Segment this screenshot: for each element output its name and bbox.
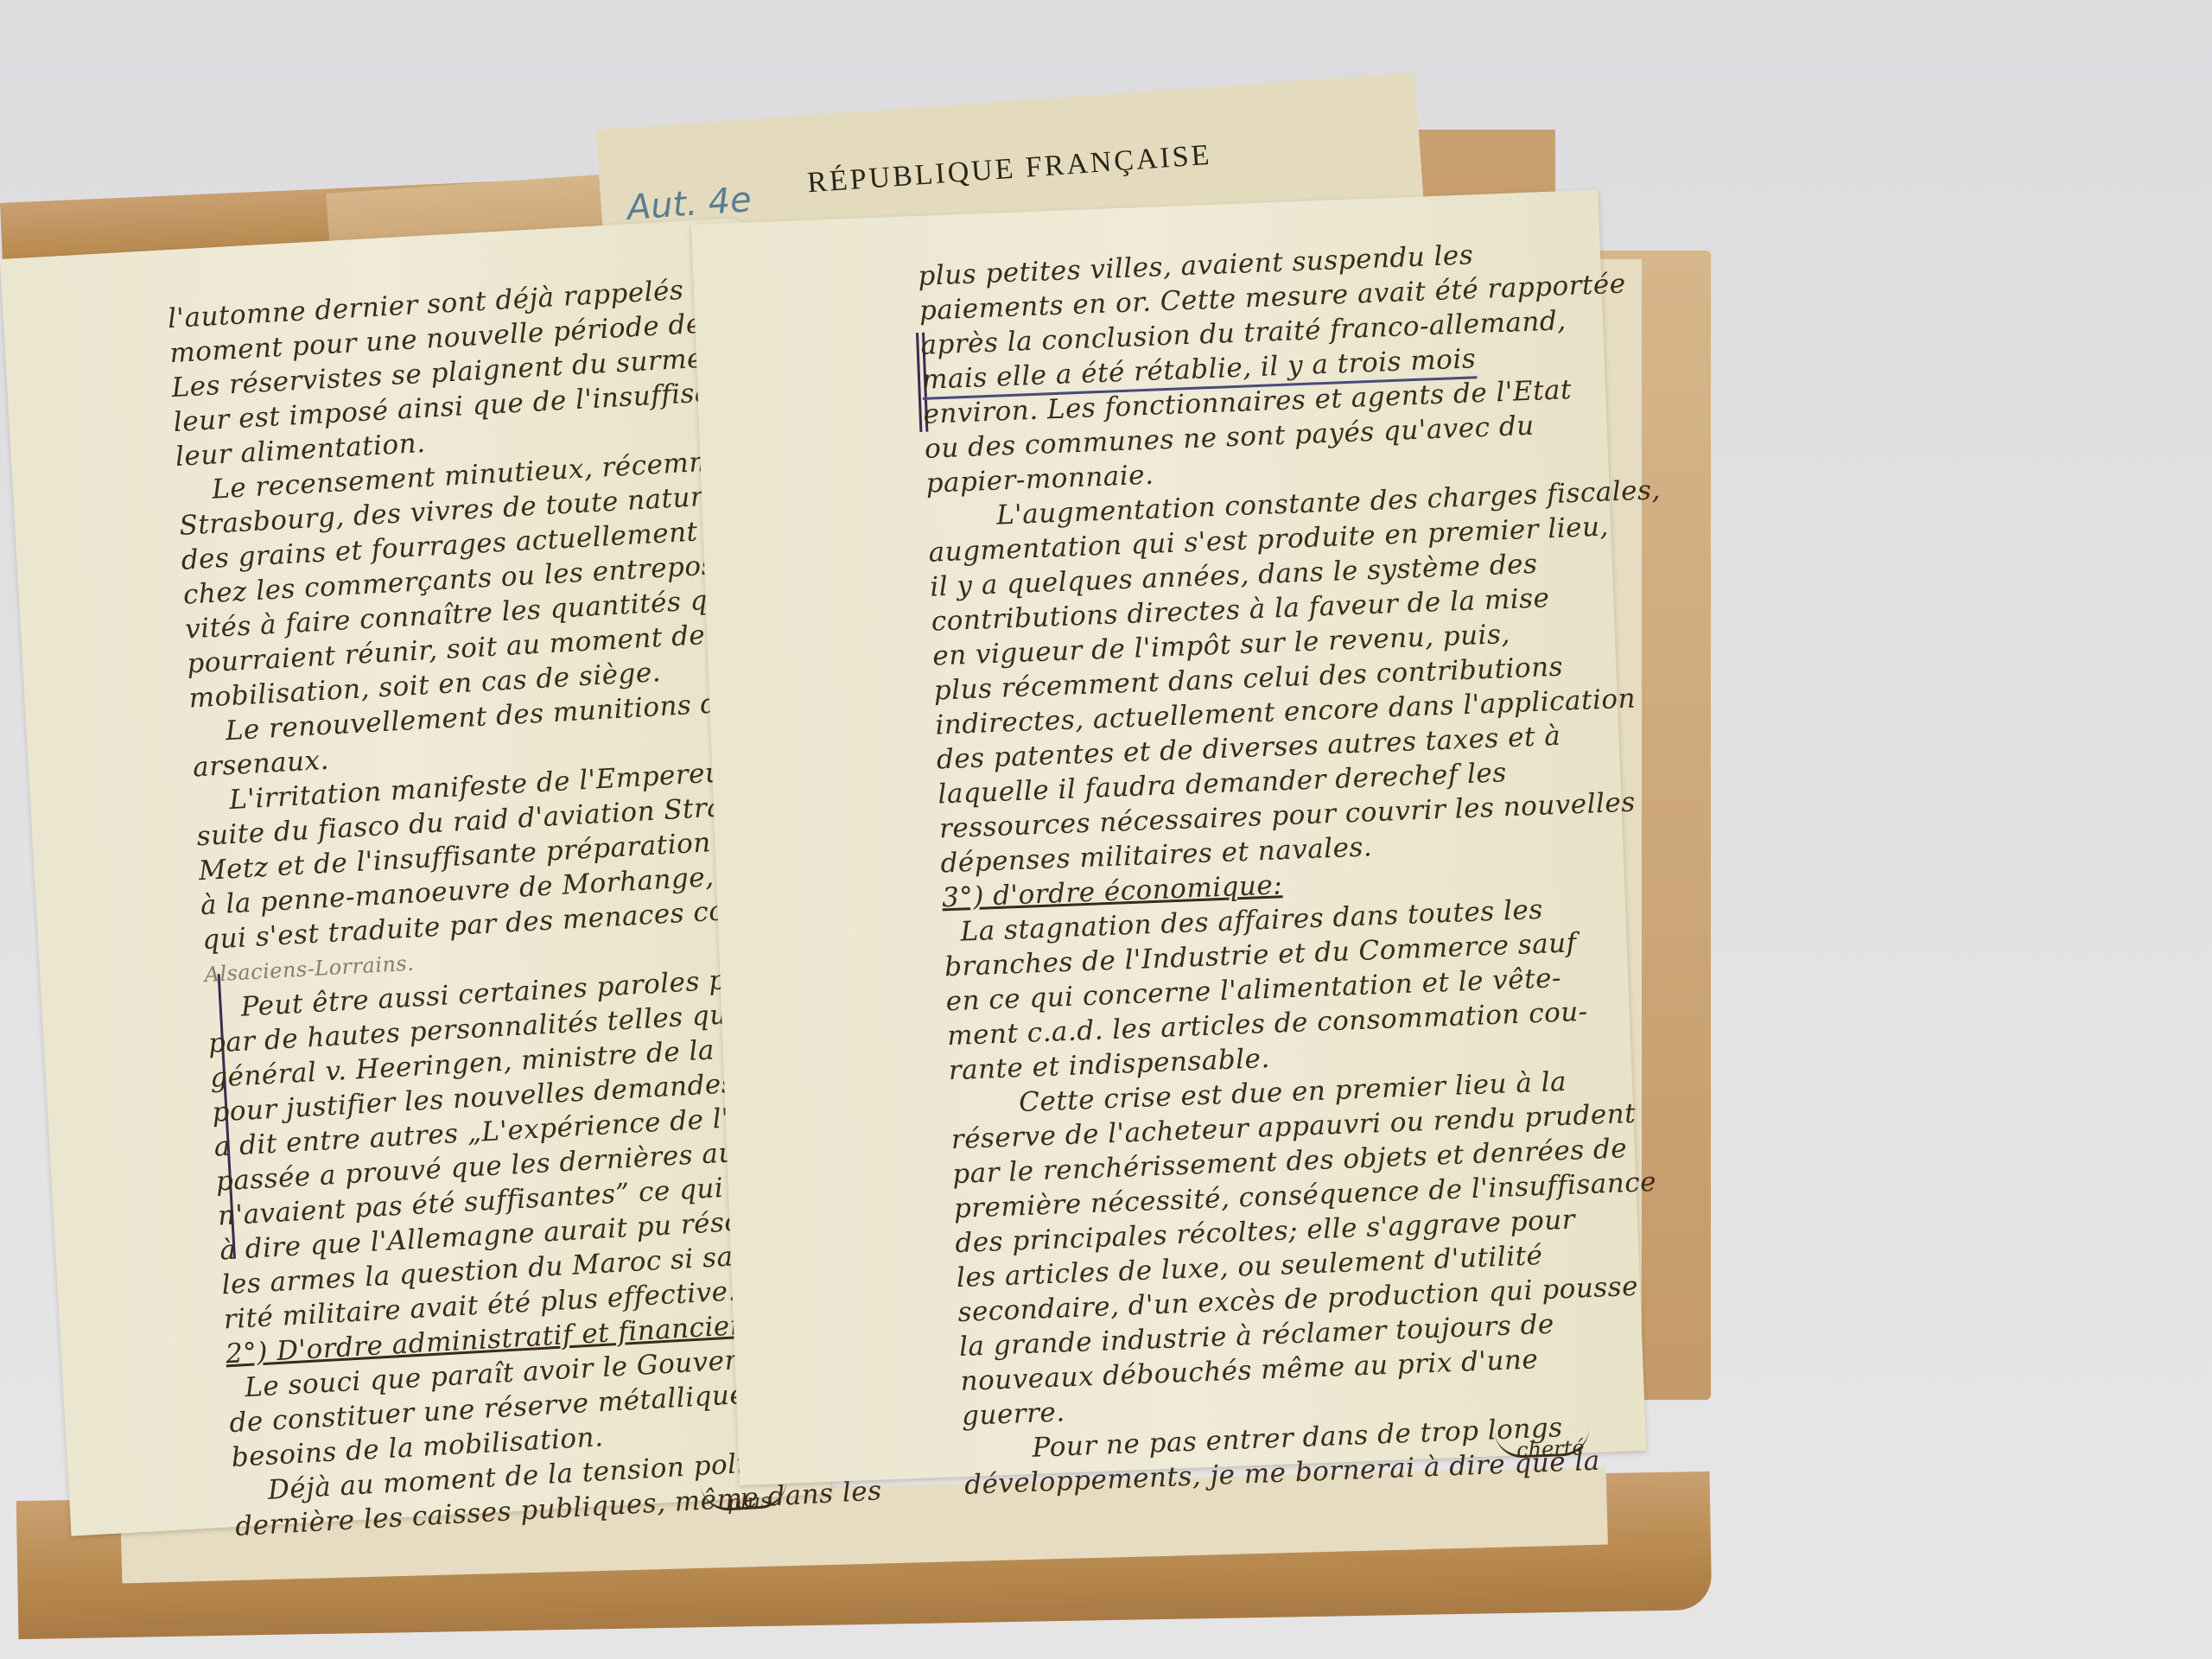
letterhead-text: RÉPUBLIQUE FRANÇAISE xyxy=(806,139,1212,200)
right-page: plus petites villes, avaient suspendu le… xyxy=(691,190,1646,1485)
text-line: guerre. xyxy=(961,1395,1065,1433)
